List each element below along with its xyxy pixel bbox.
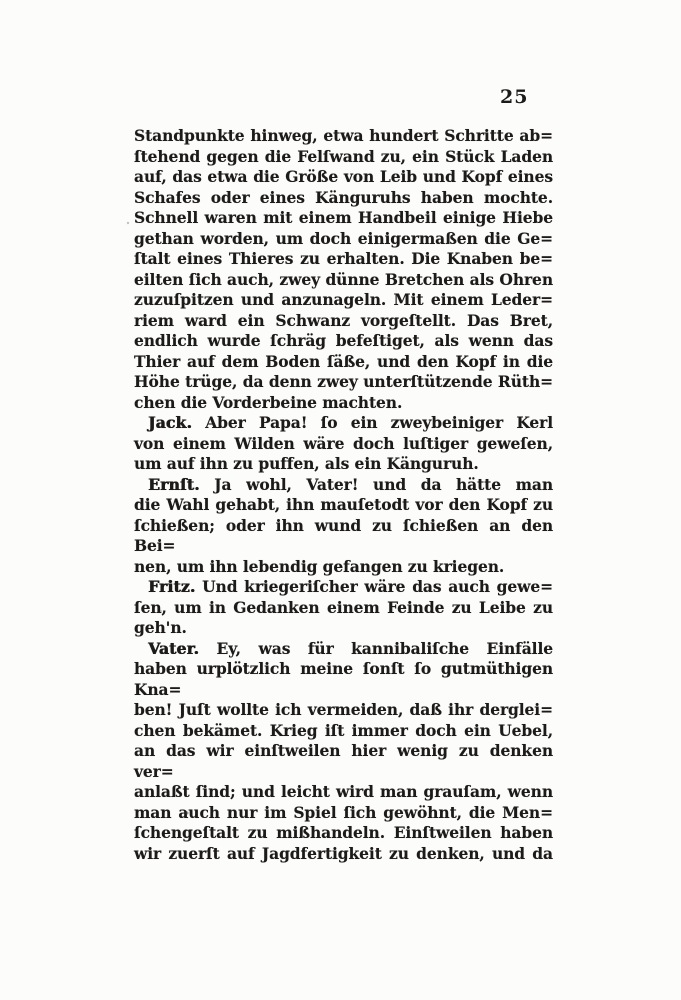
text-line: Vater. Ey, was für kannibaliſche Einfäll… (134, 639, 553, 660)
text-line: ſtalt eines Thieres zu erhalten. Die Kna… (134, 249, 553, 270)
speech-text: Und kriegeriſcher wäre das auch gewe= (202, 577, 553, 596)
text-line: eilten ſich auch, zwey dünne Bretchen al… (134, 270, 553, 291)
text-line: ſtehend gegen die Felſwand zu, ein Stück… (134, 147, 553, 168)
text-line: an das wir einſtweilen hier wenig zu den… (134, 741, 553, 782)
text-line: chen bekämet. Krieg iſt immer doch ein U… (134, 721, 553, 742)
text-line: Standpunkte hinweg, etwa hundert Schritt… (134, 126, 553, 147)
text-line: anlaßt ſind; und leicht wird man grauſam… (134, 782, 553, 803)
text-block: Standpunkte hinweg, etwa hundert Schritt… (134, 126, 553, 864)
text-line: Thier auf dem Boden ſäße, und den Kopf i… (134, 352, 553, 373)
text-line: chen die Vorderbeine machten. (134, 393, 553, 414)
text-line: geh'n. (134, 618, 553, 639)
text-line: die Wahl gehabt, ihn mauſetodt vor den K… (134, 495, 553, 516)
text-line: auf, das etwa die Größe von Leib und Kop… (134, 167, 553, 188)
scan-specks (0, 0, 2, 2)
text-line: gethan worden, um doch einigermaßen die … (134, 229, 553, 250)
text-line: man auch nur im Spiel ſich gewöhnt, die … (134, 803, 553, 824)
speech-text: Ey, was für kannibaliſche Einfälle (217, 639, 553, 658)
text-line: Höhe trüge, da denn zwey unterſtützende … (134, 372, 553, 393)
text-line: riem ward ein Schwanz vorgeſtellt. Das B… (134, 311, 553, 332)
text-line: wir zuerſt auf Jagdfertigkeit zu denken,… (134, 844, 553, 865)
text-line: von einem Wilden wäre doch luſtiger gewe… (134, 434, 553, 455)
text-line: zuzuſpitzen und anzunageln. Mit einem Le… (134, 290, 553, 311)
text-line: endlich wurde ſchräg befeſtiget, als wen… (134, 331, 553, 352)
speaker-name: Ernſt. (148, 475, 200, 494)
text-line: Jack. Aber Papa! ſo ein zweybeiniger Ker… (134, 413, 553, 434)
text-line: haben urplötzlich meine ſonſt ſo gutmüth… (134, 659, 553, 700)
text-line: ſen, um in Gedanken einem Feinde zu Leib… (134, 598, 553, 619)
book-page: 25 Standpunkte hinweg, etwa hundert Schr… (0, 0, 681, 1000)
speech-text: Ja wohl, Vater! und da hätte man (214, 475, 553, 494)
text-line: ſchießen; oder ihn wund zu ſchießen an d… (134, 516, 553, 557)
text-line: ben! Juſt wollte ich vermeiden, daß ihr … (134, 700, 553, 721)
text-line: Fritz. Und kriegeriſcher wäre das auch g… (134, 577, 553, 598)
speech-text: Aber Papa! ſo ein zweybeiniger Kerl (205, 413, 553, 432)
text-line: ſchengeſtalt zu mißhandeln. Einſtweilen … (134, 823, 553, 844)
text-line: nen, um ihn lebendig gefangen zu kriegen… (134, 557, 553, 578)
page-number: 25 (500, 86, 532, 108)
text-line: Schafes oder eines Känguruhs haben mocht… (134, 188, 553, 209)
speaker-name: Fritz. (148, 577, 195, 596)
text-line: Ernſt. Ja wohl, Vater! und da hätte man (134, 475, 553, 496)
text-line: Schnell waren mit einem Handbeil einige … (134, 208, 553, 229)
speaker-name: Vater. (148, 639, 199, 658)
text-line: um auf ihn zu puffen, als ein Känguruh. (134, 454, 553, 475)
speaker-name: Jack. (148, 413, 192, 432)
